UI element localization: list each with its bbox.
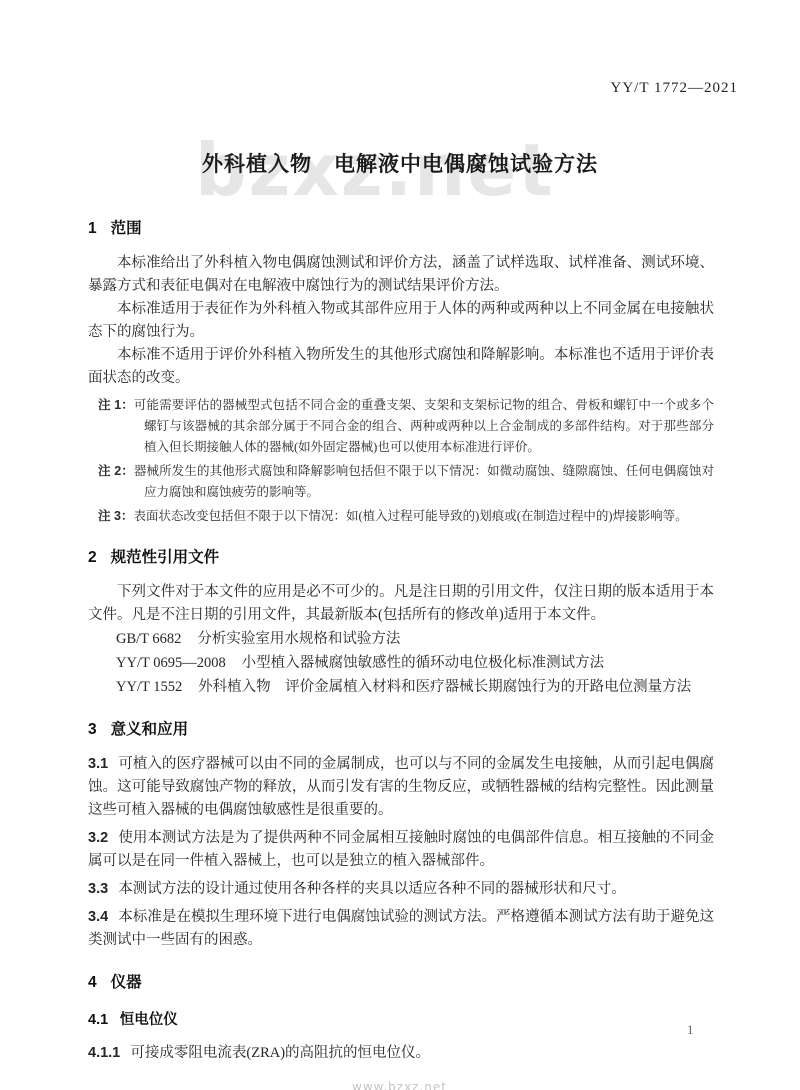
reference-title: 小型植入器械腐蚀敏感性的循环动电位极化标准测试方法 [242, 655, 605, 671]
section-heading-scope: 1范围 [88, 216, 714, 238]
clause-number: 3.1 [88, 756, 108, 772]
note-label: 注 1： [98, 398, 134, 412]
note-item: 注 2：器械所发生的其他形式腐蚀和降解影响包括但不限于以下情况：如微动腐蚀、缝隙… [98, 461, 714, 503]
section-heading-apparatus: 4仪器 [88, 970, 714, 992]
clause-text: 可接成零阻电流表(ZRA)的高阻抗的恒电位仪。 [130, 1045, 430, 1061]
reference-code: GB/T 6682 [116, 631, 181, 647]
section-number: 2 [88, 549, 97, 566]
reference-code: YY/T 1552 [116, 679, 182, 695]
section-title: 规范性引用文件 [111, 549, 220, 566]
note-item: 注 3：表面状态改变包括但不限于以下情况：如(植入过程可能导致的)划痕或(在制造… [98, 506, 714, 527]
clause-item: 3.4本标准是在模拟生理环境下进行电偶腐蚀试验的测试方法。严格遵循本测试方法有助… [88, 906, 714, 952]
standard-number: YY/T 1772—2021 [611, 80, 738, 97]
document-page: YY/T 1772—2021 bzxz.net 外科植入物 电解液中电偶腐蚀试验… [0, 0, 800, 1090]
clause-number: 4.1.1 [88, 1045, 120, 1061]
clause-item: 3.2使用本测试方法是为了提供两种不同金属相互接触时腐蚀的电偶部件信息。相互接触… [88, 827, 714, 873]
section-title: 范围 [111, 220, 142, 237]
subsection-title: 恒电位仪 [120, 1012, 178, 1028]
reference-item: GB/T 6682分析实验室用水规格和试验方法 [116, 627, 714, 651]
clause-number: 3.4 [88, 909, 108, 925]
document-body: 1范围 本标准给出了外科植入物电偶腐蚀测试和评价方法，涵盖了试样选取、试样准备、… [88, 216, 714, 1070]
document-title: 外科植入物 电解液中电偶腐蚀试验方法 [0, 148, 800, 178]
subsection-heading-potentiostat: 4.1恒电位仪 [88, 1008, 714, 1029]
scope-notes: 注 1：可能需要评估的器械型式包括不同合金的重叠支架、支架和支架标记物的组合、骨… [98, 395, 714, 527]
clause-item: 3.3本测试方法的设计通过使用各种各样的夹具以适应各种不同的器械形状和尺寸。 [88, 878, 714, 901]
clause-item: 4.1.1可接成零阻电流表(ZRA)的高阻抗的恒电位仪。 [88, 1042, 714, 1065]
scope-paragraph: 本标准适用于表征作为外科植入物或其部件应用于人体的两种或两种以上不同金属在电接触… [88, 298, 714, 344]
reference-item: YY/T 0695—2008小型植入器械腐蚀敏感性的循环动电位极化标准测试方法 [116, 651, 714, 675]
reference-code: YY/T 0695—2008 [116, 655, 226, 671]
page-number: 1 [687, 1022, 694, 1038]
footer-watermark-text: www.bzxz.net [352, 1080, 447, 1090]
section-number: 1 [88, 220, 97, 237]
note-text: 可能需要评估的器械型式包括不同合金的重叠支架、支架和支架标记物的组合、骨板和螺钉… [134, 398, 714, 454]
subsection-number: 4.1 [88, 1012, 108, 1028]
note-label: 注 2： [98, 464, 134, 478]
note-label: 注 3： [98, 509, 133, 523]
note-item: 注 1：可能需要评估的器械型式包括不同合金的重叠支架、支架和支架标记物的组合、骨… [98, 395, 714, 458]
clause-number: 3.2 [88, 830, 108, 846]
section-heading-references: 2规范性引用文件 [88, 545, 714, 567]
section-number: 4 [88, 974, 97, 991]
reference-title: 外科植入物 评价金属植入材料和医疗器械长期腐蚀行为的开路电位测量方法 [198, 679, 691, 695]
scope-paragraph: 本标准不适用于评价外科植入物所发生的其他形式腐蚀和降解影响。本标准也不适用于评价… [88, 344, 714, 390]
reference-item: YY/T 1552外科植入物 评价金属植入材料和医疗器械长期腐蚀行为的开路电位测… [116, 675, 714, 699]
note-text: 器械所发生的其他形式腐蚀和降解影响包括但不限于以下情况：如微动腐蚀、缝隙腐蚀、任… [134, 464, 714, 499]
clause-number: 3.3 [88, 881, 108, 897]
section-number: 3 [88, 721, 97, 738]
clause-text: 本标准是在模拟生理环境下进行电偶腐蚀试验的测试方法。严格遵循本测试方法有助于避免… [88, 909, 714, 948]
references-intro: 下列文件对于本文件的应用是必不可少的。凡是注日期的引用文件，仅注日期的版本适用于… [88, 581, 714, 627]
clause-text: 使用本测试方法是为了提供两种不同金属相互接触时腐蚀的电偶部件信息。相互接触的不同… [88, 830, 714, 869]
section-title: 仪器 [111, 974, 142, 991]
clause-item: 3.1可植入的医疗器械可以由不同的金属制成，也可以与不同的金属发生电接触，从而引… [88, 753, 714, 822]
scope-paragraph: 本标准给出了外科植入物电偶腐蚀测试和评价方法，涵盖了试样选取、试样准备、测试环境… [88, 252, 714, 298]
reference-title: 分析实验室用水规格和试验方法 [197, 631, 400, 647]
section-heading-significance: 3意义和应用 [88, 717, 714, 739]
clause-text: 可植入的医疗器械可以由不同的金属制成，也可以与不同的金属发生电接触，从而引起电偶… [88, 756, 714, 818]
section-title: 意义和应用 [111, 721, 189, 738]
clause-text: 本测试方法的设计通过使用各种各样的夹具以适应各种不同的器械形状和尺寸。 [118, 881, 626, 897]
note-text: 表面状态改变包括但不限于以下情况：如(植入过程可能导致的)划痕或(在制造过程中的… [133, 509, 687, 523]
